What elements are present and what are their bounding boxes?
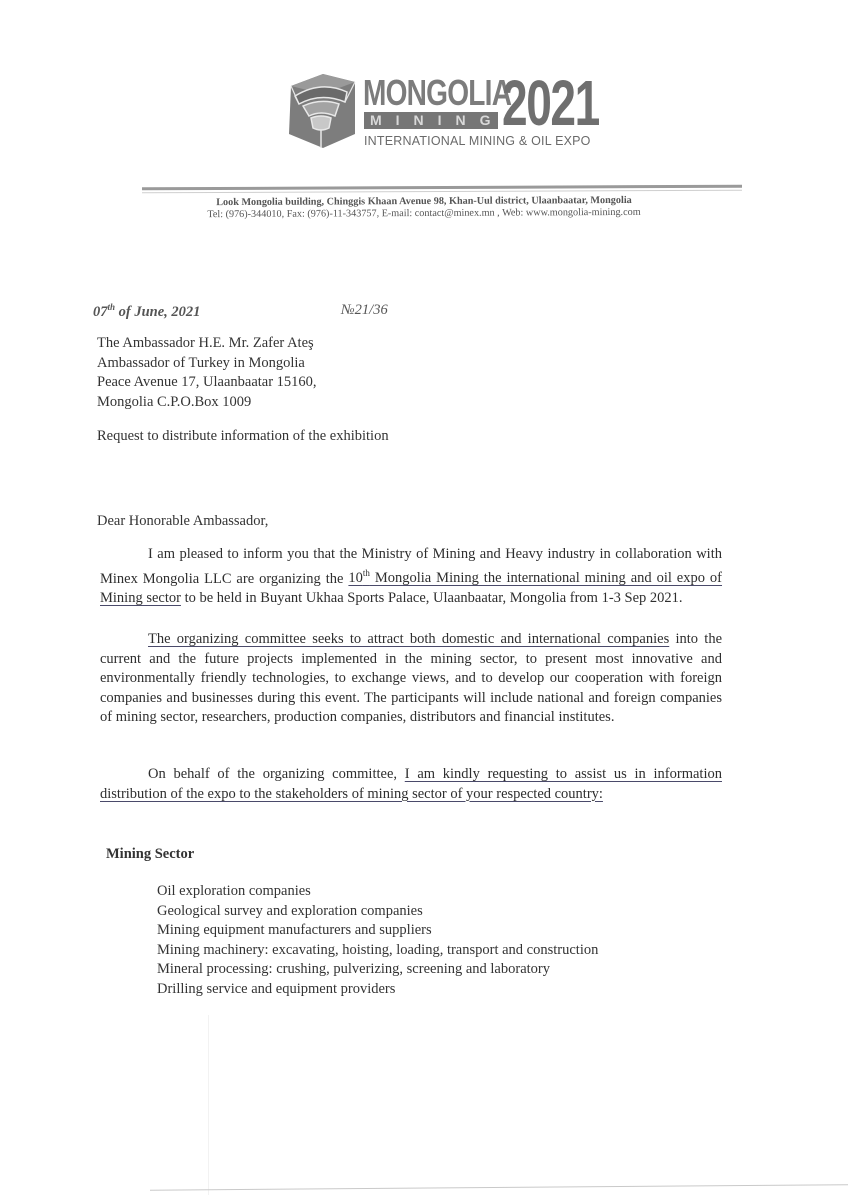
letter-date: 07th of June, 2021 bbox=[93, 302, 200, 321]
list-item: Oil exploration companies bbox=[157, 882, 598, 902]
document-number: №21/36 bbox=[341, 302, 388, 319]
list-item: Drilling service and equipment providers bbox=[157, 980, 598, 1000]
recipient-line: Mongolia C.P.O.Box 1009 bbox=[97, 393, 317, 413]
section-heading: Mining Sector bbox=[106, 846, 194, 863]
scan-edge-line bbox=[150, 1184, 848, 1190]
mining-cube-icon bbox=[283, 72, 357, 150]
brand-band: MINING bbox=[364, 112, 498, 129]
scan-fold-line bbox=[208, 1015, 209, 1195]
brand-year: 2021 bbox=[502, 74, 599, 132]
recipient-line: Peace Avenue 17, Ulaanbaatar 15160, bbox=[97, 373, 317, 393]
list-item: Mineral processing: crushing, pulverizin… bbox=[157, 960, 598, 980]
recipient-block: The Ambassador H.E. Mr. Zafer Ateş Ambas… bbox=[97, 334, 317, 412]
list-item: Mining machinery: excavating, hoisting, … bbox=[157, 941, 598, 961]
salutation: Dear Honorable Ambassador, bbox=[97, 512, 268, 532]
letterhead-divider-thin bbox=[142, 190, 742, 194]
list-item: Mining equipment manufacturers and suppl… bbox=[157, 921, 598, 941]
paragraph-intro: I am pleased to inform you that the Mini… bbox=[100, 545, 722, 609]
paragraph-request: On behalf of the organizing committee, I… bbox=[100, 765, 722, 804]
recipient-line: The Ambassador H.E. Mr. Zafer Ateş bbox=[97, 334, 317, 354]
list-item: Geological survey and exploration compan… bbox=[157, 902, 598, 922]
subject-line: Request to distribute information of the… bbox=[97, 427, 389, 447]
paragraph-committee: The organizing committee seeks to attrac… bbox=[100, 630, 722, 728]
recipient-line: Ambassador of Turkey in Mongolia bbox=[97, 354, 317, 374]
brand-subtitle: INTERNATIONAL MINING & OIL EXPO bbox=[364, 134, 591, 148]
brand-name: MONGOLIA bbox=[363, 76, 511, 110]
sector-list: Oil exploration companies Geological sur… bbox=[157, 882, 598, 999]
